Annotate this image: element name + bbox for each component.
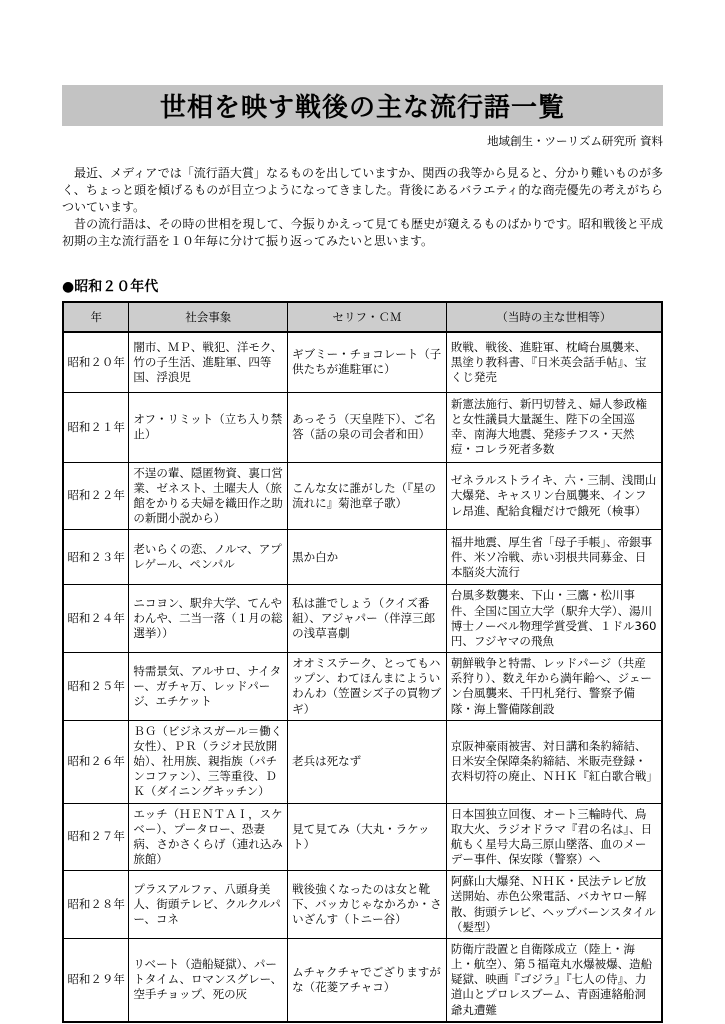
table-row: 昭和２７年 エッチ（ＨＥＮＴＡＩ，スケベー）、プータロー、恐妻病、さかさくらげ（… <box>63 803 662 871</box>
quotes-cell: こんな女に誰がした（『星の流れに』菊池章子歌） <box>288 462 447 530</box>
intro-paragraph-1: 最近、メディアでは「流行語大賞」なるものを出していますか、関西の我等から見ると、… <box>62 165 663 216</box>
social-cell: 老いらくの恋、ノルマ、アプレゲール、ペンパル <box>129 530 288 585</box>
quotes-cell: あっそう（天皇陛下）、ご名答（話の泉の司会者和田） <box>288 392 447 462</box>
column-header-social: 社会事象 <box>129 302 288 332</box>
social-cell: 闇市、ＭＰ、戦犯、洋モク、竹の子生活、進駐軍、四等国、浮浪児 <box>129 332 288 392</box>
document-page: 世相を映す戦後の主な流行語一覧 地域創生・ツーリズム研究所 資料 最近、メディア… <box>0 0 725 1024</box>
attribution-credit: 地域創生・ツーリズム研究所 資料 <box>62 133 663 149</box>
table-row: 昭和２６年 ＢＧ（ビジネスガール＝働く女性）、ＰＲ（ラジオ民放開始）、社用族、親… <box>63 720 662 803</box>
table-row: 昭和２３年 老いらくの恋、ノルマ、アプレゲール、ペンパル 黒か白か 福井地震、厚… <box>63 530 662 585</box>
intro-paragraph-2: 昔の流行語は、その時の世相を現して、今振りかえって見ても歴史が窺えるものばかりで… <box>62 216 663 250</box>
table-row: 昭和２９年 リベート（造船疑獄）、パートタイム、ロマンスグレー、空手チョップ、死… <box>63 938 662 1021</box>
quotes-cell: ギブミー・チョコレート（子供たちが進駐軍に） <box>288 332 447 392</box>
world-cell: 阿蘇山大爆発、ＮＨＫ・民法テレビ放送開始、赤色公衆電話、バカヤロー解散、街頭テレ… <box>446 871 662 939</box>
social-cell: オフ・リミット（立ち入り禁止） <box>129 392 288 462</box>
social-cell: 不逞の輩、隠匿物資、裏口営業、ゼネスト、土曜夫人（旅館をかりる夫婦を織田作之助の… <box>129 462 288 530</box>
social-cell: リベート（造船疑獄）、パートタイム、ロマンスグレー、空手チョップ、死の灰 <box>129 938 288 1021</box>
table-row: 昭和２４年 ニコヨン、駅弁大学、てんやわんや、二当一落（１月の総選挙）） 私は誰… <box>63 585 662 653</box>
quotes-cell: オオミステーク、とってもハップン、わてほんまによういわんわ（笠置シズ子の買物ブギ… <box>288 653 447 721</box>
world-cell: 新憲法施行、新円切替え、婦人参政権と女性議員大量誕生、陛下の全国巡幸、南海大地震… <box>446 392 662 462</box>
table-header-row: 年 社会事象 セリフ・ＣＭ （当時の主な世相等） <box>63 302 662 332</box>
table-row: 昭和２５年 特需景気、アルサロ、ナイター、ガチャ万、レッドパージ、エチケット オ… <box>63 653 662 721</box>
year-cell: 昭和２３年 <box>63 530 129 585</box>
title-bar: 世相を映す戦後の主な流行語一覧 <box>62 85 663 126</box>
quotes-cell: 戦後強くなったのは女と靴下、バッカじゃなかろか・さいざんす（トニー谷） <box>288 871 447 939</box>
year-cell: 昭和２４年 <box>63 585 129 653</box>
section-heading-showa-20s: ●昭和２０年代 <box>62 276 663 296</box>
world-cell: ゼネラルストライキ、六・三制、浅間山大爆発、キャスリン台風襲来、インフレ昂進、配… <box>446 462 662 530</box>
world-cell: 福井地震、厚生省「母子手帳」、帝銀事件、米ソ冷戦、赤い羽根共同募金、日本脳炎大流… <box>446 530 662 585</box>
social-cell: エッチ（ＨＥＮＴＡＩ，スケベー）、プータロー、恐妻病、さかさくらげ（連れ込み旅館… <box>129 803 288 871</box>
quotes-cell: 見て見てみ（大丸・ラケット） <box>288 803 447 871</box>
year-cell: 昭和２６年 <box>63 720 129 803</box>
table-row: 昭和２２年 不逞の輩、隠匿物資、裏口営業、ゼネスト、土曜夫人（旅館をかりる夫婦を… <box>63 462 662 530</box>
world-cell: 防衛庁設置と自衛隊成立（陸上・海上・航空）、第５福竜丸水爆被爆、造船疑獄、映画『… <box>446 938 662 1021</box>
quotes-cell: 私は誰でしょう（クイズ番組）、アジャパー（伴淳三郎の浅草喜劇 <box>288 585 447 653</box>
quotes-cell: 老兵は死なず <box>288 720 447 803</box>
year-cell: 昭和２５年 <box>63 653 129 721</box>
year-cell: 昭和２７年 <box>63 803 129 871</box>
social-cell: ニコヨン、駅弁大学、てんやわんや、二当一落（１月の総選挙）） <box>129 585 288 653</box>
world-cell: 朝鮮戦争と特需、レッドパージ（共産系狩り）、数え年から満年齢へ、ジェーン台風襲来… <box>446 653 662 721</box>
quotes-cell: 黒か白か <box>288 530 447 585</box>
buzzword-table: 年 社会事象 セリフ・ＣＭ （当時の主な世相等） 昭和２０年 闇市、ＭＰ、戦犯、… <box>62 301 663 1023</box>
world-cell: 京阪神豪雨被害、対日講和条約締結、日米安全保障条約締結、米販売登録・衣料切符の廃… <box>446 720 662 803</box>
social-cell: プラスアルファ、八頭身美人、街頭テレビ、クルクルパー、コネ <box>129 871 288 939</box>
year-cell: 昭和２９年 <box>63 938 129 1021</box>
table-row: 昭和２８年 プラスアルファ、八頭身美人、街頭テレビ、クルクルパー、コネ 戦後強く… <box>63 871 662 939</box>
column-header-quotes: セリフ・ＣＭ <box>288 302 447 332</box>
column-header-world: （当時の主な世相等） <box>446 302 662 332</box>
year-cell: 昭和２０年 <box>63 332 129 392</box>
column-header-year: 年 <box>63 302 129 332</box>
table-row: 昭和２１年 オフ・リミット（立ち入り禁止） あっそう（天皇陛下）、ご名答（話の泉… <box>63 392 662 462</box>
table-row: 昭和２０年 闇市、ＭＰ、戦犯、洋モク、竹の子生活、進駐軍、四等国、浮浪児 ギブミ… <box>63 332 662 392</box>
world-cell: 日本国独立回復、オート三輪時代、鳥取大火、ラジオドラマ『君の名は』、日航もく星号… <box>446 803 662 871</box>
world-cell: 台風多数襲来、下山・三鷹・松川事件、全国に国立大学（駅弁大学）、湯川博士ノーベル… <box>446 585 662 653</box>
year-cell: 昭和２２年 <box>63 462 129 530</box>
year-cell: 昭和２１年 <box>63 392 129 462</box>
year-cell: 昭和２８年 <box>63 871 129 939</box>
social-cell: ＢＧ（ビジネスガール＝働く女性）、ＰＲ（ラジオ民放開始）、社用族、親指族（パチン… <box>129 720 288 803</box>
page-title: 世相を映す戦後の主な流行語一覧 <box>160 87 565 124</box>
world-cell: 敗戦、戦後、進駐軍、枕崎台風襲来、黒塗り教科書、『日米英会話手帖』、宝くじ発売 <box>446 332 662 392</box>
social-cell: 特需景気、アルサロ、ナイター、ガチャ万、レッドパージ、エチケット <box>129 653 288 721</box>
intro-paragraphs: 最近、メディアでは「流行語大賞」なるものを出していますか、関西の我等から見ると、… <box>62 165 663 250</box>
quotes-cell: ムチャクチャでござりますがな（花菱アチャコ） <box>288 938 447 1021</box>
